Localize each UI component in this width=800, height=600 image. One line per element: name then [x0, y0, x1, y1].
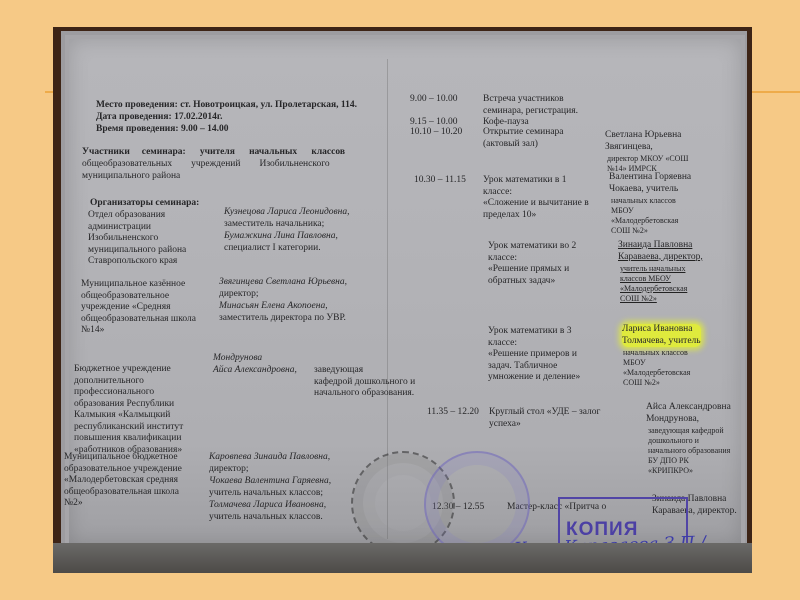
schedule-person: Светлана Юрьевна Звягинцева,	[605, 130, 681, 153]
organizer-person-name: Толмачева Лариса Ивановна,	[209, 500, 326, 512]
time-line: Время проведения: 9.00 – 14.00	[96, 124, 228, 136]
organizer-person-role: заместитель директора по УВР.	[219, 313, 346, 325]
schedule-person-detail: начальных классов МБОУ «Малодербетовская…	[611, 196, 678, 236]
organizer-person-role: учитель начальных классов.	[209, 512, 323, 524]
date-line: Дата проведения: 17.02.2014г.	[96, 112, 222, 124]
organizer-org: Муниципальное бюджетное образовательное …	[64, 452, 182, 510]
organizer-org: Отдел образования администрации Изобильн…	[88, 210, 186, 268]
schedule-person: Зинаида Павловна Караваева, директор,	[618, 240, 703, 263]
venue-text: Место проведения: ст. Новотроицкая, ул. …	[96, 100, 357, 110]
organizer-person-role: учитель начальных классов;	[209, 488, 323, 500]
schedule-event: Урок математики в 3 классе: «Решение при…	[488, 326, 580, 384]
schedule-event: Встреча участников семинара, регистрация…	[483, 94, 578, 117]
schedule-person-detail: заведующая кафедрой дошкольного и началь…	[648, 426, 730, 476]
organizer-person-role: заведующая кафедрой дошкольного и началь…	[314, 365, 415, 400]
program-sheet: Место проведения: ст. Новотроицкая, ул. …	[69, 39, 741, 544]
organizers-title: Организаторы семинара:	[90, 198, 199, 210]
photo-bottom-edge	[53, 543, 752, 573]
organizer-person-name: Каровпева Зинаида Павловна,	[209, 452, 330, 464]
schedule-time: 10.10 – 10.20	[410, 127, 462, 139]
schedule-person-detail: учитель начальных классов МБОУ «Малодерб…	[620, 264, 687, 304]
schedule-person: Валентина Горяевна Чокаева, учитель	[609, 172, 691, 195]
schedule-event: Круглый стол «УДЕ – залог успеха»	[489, 407, 600, 430]
organizer-person-name: Минасьян Елена Акопоена,	[219, 301, 328, 313]
organizer-person-role: специалист I категории.	[224, 243, 321, 255]
schedule-event: Урок математики в 1 классе: «Сложение и …	[483, 175, 589, 221]
schedule-time: 10.30 – 11.15	[414, 175, 466, 187]
organizer-person-name: Чокаева Валентина Гаряевна,	[209, 476, 331, 488]
organizer-person-name: Бумажкина Лина Павловна,	[224, 231, 338, 243]
organizer-org: Муниципальное казённое общеобразовательн…	[81, 279, 196, 337]
document-photo: Место проведения: ст. Новотроицкая, ул. …	[53, 27, 752, 573]
venue-line: Место проведения: ст. Новотроицкая, ул. …	[96, 100, 357, 112]
organizer-person-role: директор;	[219, 289, 259, 301]
organizer-person-name: Кузнецова Лариса Леонидовна,	[224, 207, 349, 219]
organizer-person-role: директор;	[209, 464, 249, 476]
schedule-person-highlighted: Лариса Ивановна Толмачева, учитель	[622, 324, 701, 347]
schedule-person-detail: директор МКОУ «СОШ №14» ИМРСК	[607, 154, 689, 174]
participants-line-3: муниципального района	[82, 171, 180, 183]
organizer-org: Бюджетное учреждение дополнительного про…	[74, 364, 183, 456]
schedule-person-detail: начальных классов МБОУ «Малодербетовская…	[623, 348, 690, 388]
organizer-person-name: Звягинцева Светлана Юрьевна,	[219, 277, 347, 289]
schedule-event: Открытие семинара (актовый зал)	[483, 127, 564, 150]
schedule-person: Айса Александровна Мондрунова,	[646, 402, 731, 425]
time-text: Время проведения: 9.00 – 14.00	[96, 124, 228, 134]
date-text: Дата проведения: 17.02.2014г.	[96, 112, 222, 122]
organizer-person-role: заместитель начальника;	[224, 219, 324, 231]
schedule-time: 9.00 – 10.00	[410, 94, 458, 106]
schedule-event: Урок математики во 2 классе: «Решение пр…	[488, 241, 576, 287]
schedule-time: 11.35 – 12.20	[427, 407, 479, 419]
participants-line-2: общеобразовательных учреждений Изобильне…	[82, 159, 330, 171]
organizer-person-name: Мондрунова Айса Александровна,	[213, 353, 297, 376]
participants-line-1: Участники семинара: учителя начальных кл…	[82, 147, 345, 159]
